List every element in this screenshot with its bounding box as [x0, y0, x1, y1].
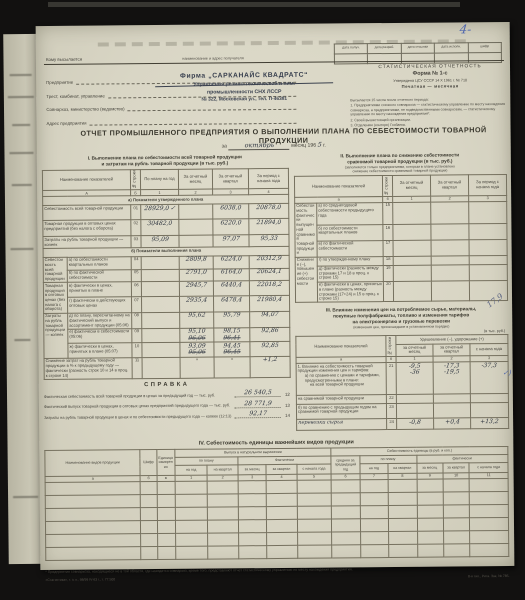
- hw: -36: [397, 369, 432, 376]
- td: [267, 519, 298, 532]
- spravka-row-13: Фактический выпуск товарной продукции в …: [44, 400, 290, 410]
- td: перевозки сырья: [297, 419, 387, 431]
- val: [431, 240, 469, 256]
- page-fragment: [13, 496, 38, 498]
- val: [469, 224, 507, 240]
- stub: Снижение (−), повышение (+) себестоимост…: [295, 257, 317, 303]
- num: 21: [386, 362, 396, 394]
- td: [266, 480, 297, 493]
- val: 21980,4: [250, 296, 290, 311]
- td: [267, 545, 298, 558]
- hw: +1,2: [262, 357, 277, 364]
- spravka-title: СПРАВКА: [44, 381, 290, 389]
- num: 03: [131, 236, 141, 247]
- hw: 95,06: [181, 350, 213, 357]
- page-fragment: [12, 124, 30, 126]
- td: [470, 517, 509, 530]
- td: на квартал: [388, 463, 417, 473]
- num: 19: [383, 265, 393, 281]
- td: [175, 507, 208, 520]
- stub: Товарная продукция в оптовых ценах (без …: [43, 283, 67, 313]
- span: за: [222, 143, 227, 149]
- sptext: Затраты на рубль товарной продукции в це…: [44, 414, 235, 420]
- td: Товарная продукция в оптовых ценах предп…: [43, 220, 131, 237]
- td: е) фактически в себестоимости (05:06): [68, 328, 132, 343]
- firm-stamp: Фирма „САРКАНАЙС КВАДРАТС“ Управления ре…: [138, 71, 350, 103]
- row-19: д) фактически (разность между строками 1…: [295, 264, 507, 282]
- hw: 2809,8: [185, 257, 207, 264]
- val: 97,07: [213, 235, 249, 247]
- td: [238, 520, 267, 533]
- tbody: Наименование показателей № строки Удешев…: [296, 335, 509, 431]
- hw: 95,62: [188, 313, 206, 320]
- address-field: Адрес предприятия: [46, 118, 296, 125]
- td: шифр: [468, 43, 502, 53]
- val: [433, 394, 470, 403]
- val: 22018,2: [249, 281, 289, 296]
- span: и затратам на рубль товарной продукции (…: [101, 160, 228, 166]
- td: е) фактически в ценах, принятых в плане …: [317, 281, 383, 302]
- td: [360, 519, 389, 532]
- val: [469, 201, 507, 224]
- num: 24: [387, 418, 397, 429]
- td: [297, 506, 332, 519]
- num: 20: [383, 281, 393, 302]
- td: ж) фактически в ценах, принятых в плане …: [68, 343, 132, 358]
- footnote: * Предприятия совнархоза, находящиеся не…: [45, 567, 407, 575]
- td: [389, 544, 418, 557]
- td: за квартал: [266, 464, 297, 474]
- section-iii-table: Наименование показателей № строки Удешев…: [295, 334, 509, 431]
- td: дата разраб.: [368, 43, 401, 53]
- row-16: б) по себестоимости квартальных планов16: [295, 224, 507, 242]
- hc: За отчетный квартал: [212, 168, 248, 189]
- td: [444, 544, 471, 557]
- val: [141, 269, 179, 282]
- val: 2809,8: [179, 256, 213, 269]
- hc: По плану на год: [140, 169, 178, 190]
- td: Наименование видов продукции: [45, 450, 141, 477]
- tbody: Наименование показателей № строки За отч…: [294, 175, 507, 303]
- stub: Себестоимость всей товарной продукции: [43, 257, 67, 283]
- td: [176, 546, 209, 559]
- td: [470, 504, 509, 517]
- val: [141, 256, 179, 269]
- hw: 96,06: [181, 335, 213, 342]
- val: [393, 224, 431, 240]
- td: [297, 493, 332, 506]
- section-iv-table: Наименование видов продукции Шифр Единиц…: [44, 446, 509, 561]
- hc: Наименование показателей: [294, 176, 382, 197]
- num: 11: [132, 358, 142, 379]
- num: 10: [132, 343, 142, 358]
- section-ii-table: Наименование показателей № строки За отч…: [294, 174, 508, 303]
- val: [393, 202, 431, 225]
- hw: 2791,0: [185, 270, 207, 277]
- td: [157, 507, 175, 520]
- num: 06: [131, 282, 141, 297]
- val: [142, 328, 180, 343]
- td: [208, 494, 239, 507]
- val: 2945,7: [179, 281, 213, 296]
- val: +13,2: [471, 417, 509, 428]
- spravka-row-12: Фактическая себестоимость всей товарной …: [44, 389, 290, 399]
- num: 22: [386, 394, 396, 403]
- hw: 94,07: [261, 312, 279, 319]
- hw: 20624,1: [257, 269, 282, 276]
- page-footer: * Предприятия совнархоза, находящиеся не…: [45, 566, 509, 583]
- td: [443, 479, 470, 492]
- num: 08: [132, 312, 142, 328]
- val: +0,4: [434, 418, 471, 429]
- row-24: перевозки сырья 24 -0,8 +0,4 +13,2: [297, 417, 509, 430]
- row-21: 1. Влияние на себестоимость товарной про…: [296, 361, 508, 395]
- val: [393, 240, 431, 256]
- val: 21894,0: [249, 219, 289, 235]
- hw: 2945,7: [186, 282, 208, 289]
- td: [157, 533, 175, 546]
- page-fragment: [10, 74, 32, 76]
- td: [175, 533, 208, 546]
- row-15: Себестоимость фактически выпущенной срав…: [295, 201, 507, 225]
- printer-code-left: «Статистика», т. з. к., 98/99 IV-63 г., …: [45, 578, 115, 583]
- cols: I. Выполнение плана по себестоимости все…: [42, 152, 508, 433]
- td: [238, 533, 267, 546]
- hc: Наименование показателей: [296, 336, 386, 357]
- hw: 21980,4: [257, 297, 282, 304]
- stub: Затраты на рубль товарной продукции — ко…: [44, 313, 68, 359]
- val: [179, 219, 213, 235]
- td: б) по сравнению с предыдущим годом на ср…: [296, 404, 386, 420]
- val: [469, 255, 507, 264]
- section-i: I. Выполнение плана по себестоимости все…: [42, 154, 290, 420]
- td: [417, 544, 444, 557]
- spval: 28 771,9: [235, 400, 282, 408]
- hc: за отчетный квартал: [433, 344, 470, 356]
- spravka-row-14: Затраты на рубль товарной продукции в це…: [44, 410, 290, 420]
- val: -0,8: [397, 418, 434, 429]
- span: месяц 196: [291, 143, 316, 149]
- val: 93,0995,06: [180, 342, 214, 357]
- hc: За период с начала года: [248, 168, 288, 189]
- td: [332, 545, 361, 558]
- val: +1,2: [250, 356, 290, 377]
- hw: -19,5: [434, 369, 469, 376]
- td: Снижение затрат на рубль товарной продук…: [44, 358, 132, 380]
- td: [45, 495, 141, 509]
- num: 15: [383, 202, 393, 224]
- hw: 95,33: [260, 236, 278, 243]
- td: [417, 492, 444, 505]
- td: [443, 505, 470, 518]
- span: Адрес предприятия: [46, 120, 86, 125]
- td: дата получ.: [334, 44, 367, 54]
- hw: 20312,9: [256, 256, 281, 263]
- val: [142, 297, 180, 312]
- val: 6224,0: [213, 256, 249, 269]
- val: [141, 282, 179, 297]
- val: -17,3-19,5: [433, 362, 470, 394]
- stat-report-block: СТАТИСТИЧЕСКАЯ ОТЧЕТНОСТЬ Форма № 1-с Ут…: [354, 64, 506, 89]
- dispatch-label: Кому высылается: [46, 57, 82, 62]
- td: в) по фактической себестоимости: [317, 240, 383, 256]
- val: 30482,0: [141, 220, 179, 236]
- num: 18: [383, 256, 393, 265]
- td: [297, 519, 332, 532]
- td: дата исполн.: [434, 43, 467, 53]
- td: [417, 531, 444, 544]
- td: [46, 547, 142, 561]
- td: [141, 508, 157, 521]
- hw: 96,41: [215, 335, 249, 342]
- firm-name: Фирма „САРКАНАЙС КВАДРАТС“: [138, 71, 350, 80]
- td: б) по фактической себестоимости: [67, 270, 131, 283]
- td: в) фактически в ценах, принятых в плане: [67, 282, 131, 298]
- td: б) по себестоимости квартальных планов: [317, 225, 383, 241]
- page-fragment: [12, 184, 32, 186]
- val: [393, 265, 431, 281]
- val: [393, 256, 431, 265]
- td: [141, 482, 157, 495]
- td: [388, 505, 417, 518]
- val: 2935,4: [180, 297, 214, 312]
- td: за месяц: [416, 463, 442, 473]
- val: 95,33: [249, 235, 289, 247]
- td: [175, 481, 208, 494]
- td: [360, 493, 389, 506]
- check-annotation: ✓): [503, 369, 512, 377]
- spnum: 12: [281, 392, 290, 397]
- vert: № строки: [386, 336, 396, 357]
- td: 1. Влияние на себестоимость товарной про…: [296, 363, 386, 396]
- val: [431, 280, 469, 301]
- hw: 6440,4: [221, 282, 243, 289]
- val: 6164,0: [213, 269, 249, 282]
- val: 20312,9: [249, 255, 289, 268]
- num: 05: [131, 270, 141, 283]
- td: [238, 494, 267, 507]
- spravka-block: СПРАВКА Фактическая себестоимость всей т…: [44, 381, 290, 421]
- printer-code-right: 8-я тип., Рига. Зак. № 785.: [468, 574, 510, 578]
- hw: 21894,0: [256, 220, 281, 227]
- td: [208, 481, 239, 494]
- hw: 28929,0: [144, 206, 169, 213]
- val: [469, 264, 507, 280]
- num: 02: [131, 220, 141, 236]
- page-number-note: 4-: [459, 22, 472, 36]
- td: г) фактически в действующих оптовых цена…: [68, 297, 132, 313]
- span: Трест, комбинат, управление: [46, 93, 105, 99]
- hw: -37,3: [471, 362, 507, 369]
- val: 94,07: [250, 311, 290, 327]
- page-fragment: [14, 339, 30, 341]
- val: -9,5-36: [396, 362, 433, 394]
- td: [360, 506, 389, 519]
- sovnarkhoz-field: Совнархоз, министерство (ведомство): [46, 105, 296, 112]
- td: [388, 479, 417, 492]
- scan-edge-glint: [48, 2, 460, 7]
- hw: 6224,0: [220, 257, 242, 264]
- stub: Себестоимость фактически выпущенной срав…: [295, 203, 317, 257]
- section-iv: IV. Себестоимость единицы важнейших видо…: [44, 438, 509, 561]
- td: а) по себестоимости квартальных планов: [67, 257, 131, 271]
- td: [470, 543, 509, 556]
- val: 98,1596,41: [214, 327, 250, 342]
- td: [141, 495, 157, 508]
- val: 94,4596,45: [214, 342, 250, 357]
- td: [45, 508, 141, 522]
- td: [332, 506, 361, 519]
- val: 95,62: [180, 312, 214, 328]
- td: Единица измерения: [156, 449, 174, 475]
- td: [470, 530, 509, 543]
- empty-product-row: [46, 543, 509, 560]
- hw: 92,86: [261, 328, 279, 335]
- td: с начала года: [469, 462, 508, 472]
- spval: 92,17: [235, 410, 282, 418]
- vert: № строки: [130, 169, 140, 190]
- td: [238, 507, 267, 520]
- hc: За отчетный квартал: [430, 175, 468, 196]
- td: [175, 494, 208, 507]
- year-handwritten: 5: [317, 141, 322, 149]
- td: [208, 507, 239, 520]
- td: [297, 545, 332, 558]
- form-number: Форма № 1-с: [354, 70, 506, 77]
- hc: За период с начала года: [468, 175, 506, 196]
- td: [45, 521, 141, 535]
- td: [360, 532, 389, 545]
- section-ii-iii: II. Выполнение плана по снижению себесто…: [294, 152, 508, 431]
- tbody: [45, 478, 509, 560]
- td: [388, 492, 417, 505]
- num: 23: [386, 403, 396, 418]
- num: 09: [132, 328, 142, 343]
- td: а) по среднегодовой себестоимости предыд…: [317, 202, 383, 225]
- td: Шифр: [140, 450, 156, 476]
- hw: +0,4: [444, 419, 459, 426]
- printers: «Статистика», т. з. к., 98/99 IV-63 г., …: [45, 574, 509, 582]
- val: ×: [214, 357, 250, 378]
- num: 04: [131, 257, 141, 270]
- td: [360, 545, 389, 558]
- month-handwritten: октябрь: [228, 141, 290, 151]
- hw: 6220,0: [220, 220, 242, 227]
- val: 6038,0: [213, 204, 249, 219]
- td: [470, 491, 509, 504]
- val: 95,1096,06: [180, 328, 214, 343]
- hw: 6164,0: [220, 270, 242, 277]
- val: [142, 357, 180, 378]
- num: 16: [383, 225, 393, 241]
- td: за месяц: [238, 465, 267, 475]
- section-i-table: Наименование показателей № строки По пла…: [42, 168, 291, 380]
- row-11: Снижение затрат на рубль товарной продук…: [44, 356, 290, 379]
- td: Затраты на рубль товарной продукции — ко…: [43, 236, 131, 248]
- spnum: 14: [281, 413, 290, 418]
- td: [157, 494, 175, 507]
- handwritten-row-label: перевозки сырья: [298, 420, 343, 426]
- recipient-caption: наименование и адрес получателя: [82, 55, 336, 61]
- val: 95,79: [214, 311, 250, 327]
- num: 01: [131, 205, 141, 220]
- span: на электроэнергию и грузовые перевозки: [352, 319, 450, 325]
- val: [431, 224, 469, 240]
- tr: Наименование показателей № строки За отч…: [294, 175, 506, 198]
- blank-line: [128, 105, 297, 111]
- mailing-instructions: Высылается 15 числа после отчетного пери…: [350, 97, 508, 129]
- hw: 30482,0: [147, 221, 172, 228]
- row-17: в) по фактической себестоимости17: [295, 239, 507, 257]
- td: [267, 506, 298, 519]
- firm-department: Управления резино-технической и хим.: [138, 80, 350, 88]
- td: [238, 481, 267, 494]
- firm-ministry: промышленности СНХ ЛССР: [138, 88, 350, 96]
- val: [179, 204, 213, 219]
- tr: Наименование показателей № строки По пла…: [42, 168, 288, 191]
- hc: За отчетный месяц: [392, 175, 430, 196]
- hc: За отчетный месяц: [178, 169, 212, 190]
- blank-line: [89, 118, 296, 125]
- td: [267, 532, 298, 545]
- span: г.: [323, 143, 326, 149]
- val: [470, 402, 508, 417]
- td: [141, 547, 157, 560]
- td: [331, 493, 360, 506]
- td: [157, 481, 175, 494]
- td: [141, 534, 157, 547]
- hw: -0,8: [409, 419, 421, 426]
- td: [297, 532, 332, 545]
- vert: № строки: [382, 176, 392, 197]
- hc: с начала года: [470, 343, 508, 356]
- td: дата отсылки: [401, 43, 434, 53]
- val: 28929,0✓: [141, 205, 179, 220]
- td: д) по плану, пересчитанному на фактическ…: [68, 312, 132, 329]
- val: 6440,4: [213, 281, 249, 296]
- td: [208, 546, 239, 559]
- val: [179, 235, 213, 247]
- val: [431, 264, 469, 280]
- td: [45, 482, 141, 496]
- hw: 92,85: [261, 343, 279, 350]
- hw: 95,09: [151, 237, 169, 244]
- td: на год: [360, 464, 389, 474]
- val: [433, 403, 470, 418]
- val: 6478,4: [214, 296, 250, 311]
- span: Предприятие: [46, 80, 73, 85]
- num: 07: [132, 297, 142, 312]
- section-i-title: I. Выполнение плана по себестоимости все…: [42, 154, 288, 168]
- td: [157, 520, 175, 533]
- hw: 20878,0: [256, 205, 281, 212]
- val: 92,85: [250, 342, 290, 357]
- hw: 97,07: [222, 236, 240, 243]
- page-fragment: [10, 248, 33, 250]
- td: Себестоимость всей товарной продукции: [43, 205, 131, 221]
- td: [417, 505, 444, 518]
- val: 6220,0: [213, 219, 249, 235]
- val: [396, 394, 433, 403]
- td: [417, 518, 444, 531]
- td: [208, 520, 239, 533]
- td: [175, 520, 208, 533]
- section-iii-title: III. Влияние изменения цен на потребляем…: [295, 306, 507, 325]
- td: [443, 531, 470, 544]
- section-ii-note: (заполняется только предприятиями, котор…: [294, 164, 506, 174]
- span: Совнархоз, министерство (ведомство): [46, 106, 124, 112]
- td: [443, 518, 470, 531]
